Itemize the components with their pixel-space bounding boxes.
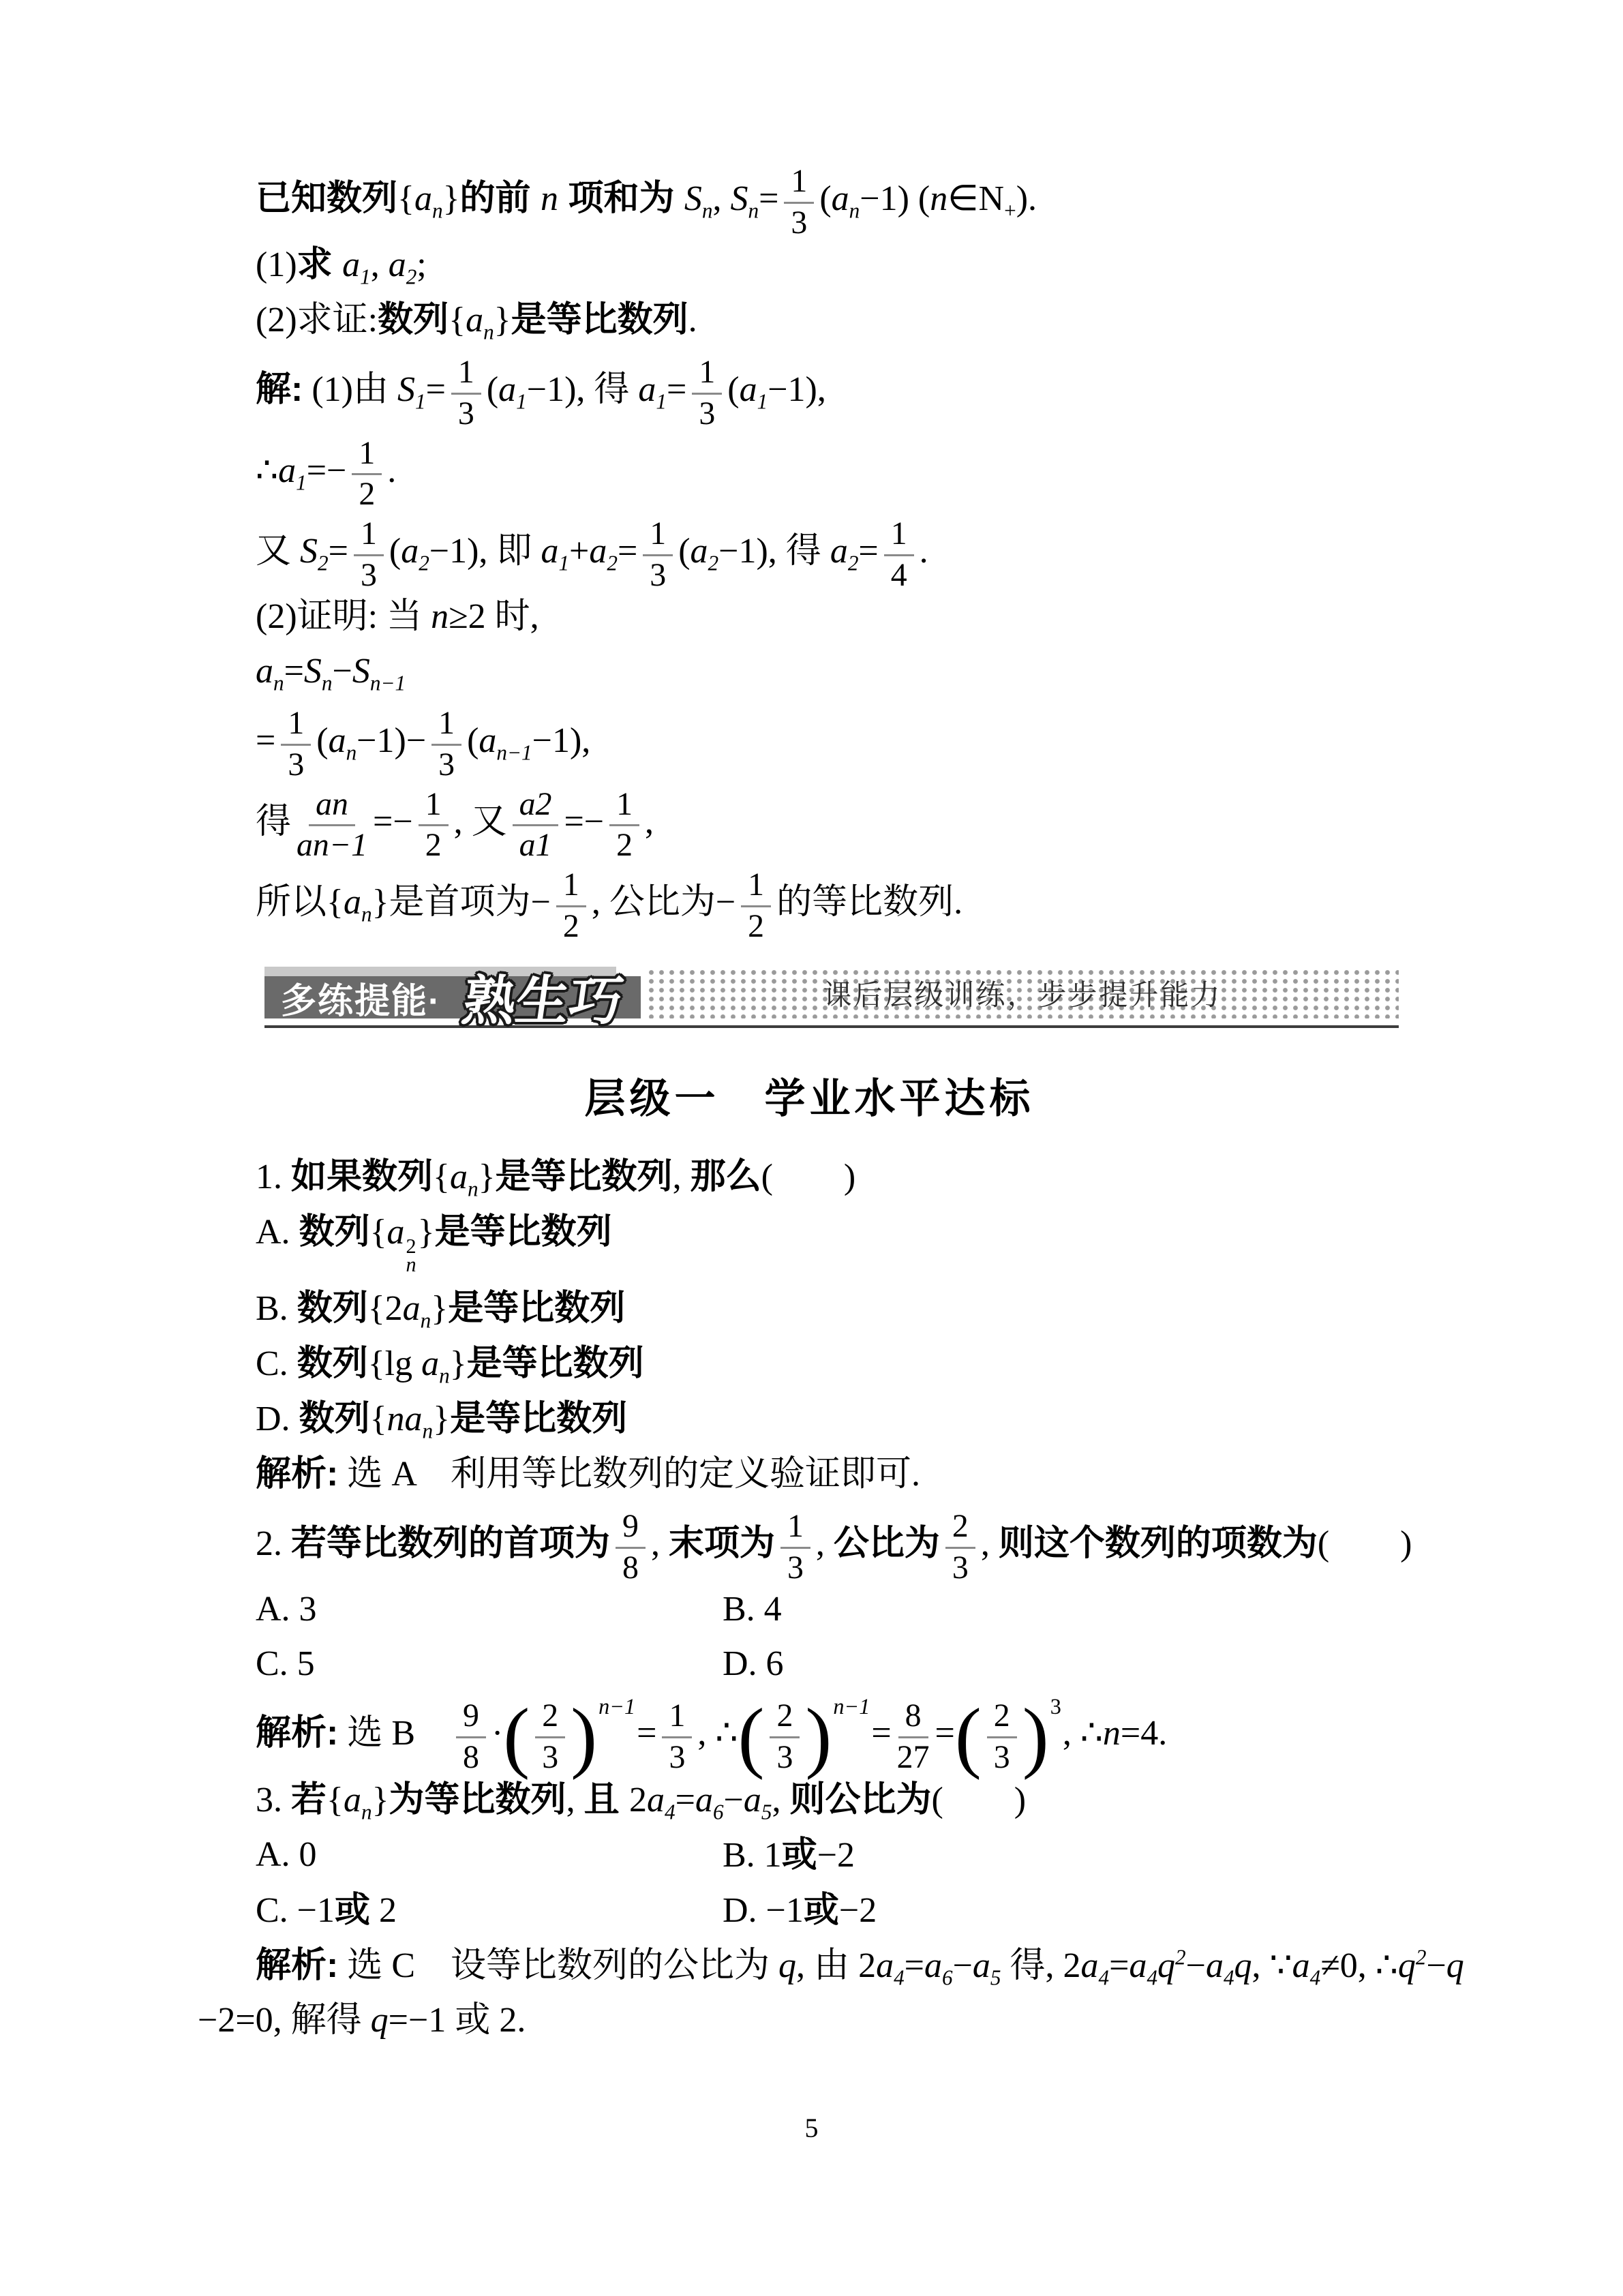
text-run: q	[1234, 1946, 1252, 1985]
text-line: an=Sn−Sn−1	[198, 651, 1421, 692]
text-run: n	[431, 597, 449, 636]
text-run: an	[256, 652, 284, 691]
exercise-section: 1. 如果数列{an}是等比数列, 那么( )A. 数列{a2n}是等比数列B.…	[198, 1156, 1421, 2040]
text-run: S1	[397, 370, 426, 409]
text-run: 是等比数列	[496, 1157, 673, 1196]
subscript: n	[849, 198, 860, 222]
text-run: {	[433, 1158, 450, 1196]
text-run: 所以	[256, 883, 327, 922]
fraction-numerator: 2	[987, 1698, 1017, 1738]
fraction-numerator: 1	[741, 867, 771, 907]
text-run: (	[467, 721, 479, 760]
text-run: 2.	[490, 2001, 526, 2040]
text-run: ,	[645, 802, 654, 841]
text-line: (2)求证:数列{an}是等比数列.	[198, 299, 1421, 341]
text-run: , ∵	[1252, 1946, 1292, 1985]
text-run: {2	[368, 1289, 403, 1328]
text-run: =	[637, 1714, 656, 1753]
text-run: D.	[256, 1400, 299, 1438]
text-line: (1)求 a1, a2;	[198, 244, 1421, 286]
text-line: C. 数列{lg an}是等比数列	[198, 1343, 1421, 1385]
text-run: an	[403, 1289, 431, 1328]
text-run: an	[344, 883, 372, 922]
text-run: a4	[1129, 1946, 1157, 1985]
text-run: 或	[455, 2001, 490, 2040]
text-run: −1)−	[357, 721, 426, 760]
text-run: 即	[496, 532, 541, 571]
text-line: (2)证明: 当 n≥2 时,	[198, 596, 1421, 637]
text-run: 数列	[297, 1344, 368, 1383]
text-run: a2	[830, 532, 859, 571]
text-run: −	[333, 652, 352, 691]
fraction: 12	[419, 787, 449, 863]
text-run: (	[819, 179, 831, 218]
text-run: 如果数列	[291, 1157, 433, 1196]
text-run: ∈N+	[947, 179, 1016, 218]
text-run: nan	[387, 1400, 434, 1438]
text-run: ,	[651, 1524, 669, 1563]
banner-accent-title: 熟生巧	[458, 958, 628, 1035]
fraction-denominator: 2	[563, 907, 579, 944]
subscript: 1	[656, 390, 667, 414]
text-run: −1),	[527, 370, 594, 409]
text-line: −2=0, 解得 q=−1 或 2.	[198, 2000, 1421, 2041]
text-run: 求证:	[297, 301, 378, 339]
fraction-numerator: 1	[352, 436, 382, 476]
text-run: an	[832, 179, 860, 218]
text-line: 所以{an}是首项为−12, 公比为−12的等比数列.	[198, 867, 1421, 943]
section-banner: 多练提能· 熟生巧 课后层级训练，步步提升能力	[264, 967, 1399, 1021]
text-run: −	[716, 883, 735, 922]
banner-dotted-band: 课后层级训练，步步提升能力	[646, 968, 1399, 1018]
text-run: C	[391, 1946, 451, 1985]
text-run: D. −1	[723, 1891, 804, 1930]
text-run: an	[344, 1781, 372, 1819]
text-run: a4	[876, 1946, 905, 1985]
fraction-numerator: 1	[281, 706, 311, 746]
page-number: 5	[0, 2112, 1623, 2144]
text-run: .	[954, 883, 962, 922]
text-run: 若等比数列的首项为	[291, 1524, 610, 1563]
subscript: n−1	[496, 741, 532, 765]
section-title: 层级一 学业水平达标	[198, 1066, 1421, 1125]
text-run: 2	[629, 1781, 647, 1819]
subscript: 1	[558, 551, 569, 575]
text-run: (1)	[303, 370, 353, 409]
text-run: 1.	[256, 1158, 291, 1196]
text-run: ≠0, ∴	[1320, 1946, 1398, 1985]
text-run: {	[449, 301, 466, 339]
text-run: 是等比数列	[450, 1399, 627, 1438]
subscript: n	[322, 671, 333, 695]
text-run: a1	[638, 370, 667, 409]
text-run: 的等比数列	[776, 883, 954, 922]
subscript: 4	[1310, 1965, 1321, 1989]
fraction-denominator: 3	[669, 1738, 685, 1775]
text-run: 数列	[299, 1212, 370, 1252]
text-run: −	[1186, 1946, 1206, 1985]
option-cell: C. 5	[198, 1644, 723, 1685]
fraction-numerator: 1	[643, 516, 673, 556]
superscript: 2	[1175, 1945, 1186, 1969]
text-line: 解析: 选 C 设等比数列的公比为 q, 由 2a4=a6−a5 得, 2a4=…	[198, 1945, 1421, 1987]
fraction: 13	[784, 164, 814, 240]
text-run: (1)	[256, 245, 297, 284]
worksheet-page: 已知数列{an}的前 n 项和为 Sn, Sn=13(an−1) (n∈N+).…	[0, 0, 1623, 2296]
fraction-numerator: a2	[513, 787, 559, 827]
fraction: 13	[451, 354, 481, 431]
text-run: }	[418, 1213, 435, 1252]
fraction-denominator: 3	[952, 1549, 969, 1586]
subscript: n	[406, 1256, 416, 1274]
text-run: ).	[1016, 179, 1037, 218]
text-line: =13(an−1)−13(an−1−1),	[198, 706, 1421, 782]
text-run: A.	[256, 1213, 299, 1252]
fraction-numerator: 2	[945, 1509, 975, 1549]
text-run: ,	[592, 883, 609, 922]
text-run: }	[450, 1344, 467, 1383]
subscript: 1	[757, 390, 768, 414]
page-content: 已知数列{an}的前 n 项和为 Sn, Sn=13(an−1) (n∈N+).…	[198, 164, 1421, 2055]
text-run: ( )	[931, 1781, 1026, 1819]
fraction-denominator: 3	[994, 1738, 1010, 1775]
subscript: 6	[942, 1965, 953, 1989]
text-run: ,	[673, 1158, 691, 1196]
text-run: 选	[338, 1455, 391, 1494]
text-run: =	[667, 370, 686, 409]
fraction: 14	[884, 516, 914, 592]
text-run: D. 6	[723, 1644, 784, 1683]
text-run: −	[1426, 1946, 1446, 1985]
text-run: {	[327, 1781, 344, 1819]
fraction: 12	[352, 436, 382, 512]
text-run: a2	[401, 532, 429, 571]
text-run: S2	[300, 532, 329, 571]
option-row: C. −1或 2D. −1或−2	[198, 1890, 1421, 1931]
text-run: 那么	[691, 1157, 761, 1196]
text-run: ;	[416, 245, 426, 284]
text-run: ,	[772, 1781, 789, 1819]
text-run: −2=0,	[198, 2001, 291, 2040]
subscript: 2	[607, 551, 618, 575]
text-run: an	[466, 301, 494, 339]
text-line: A. 数列{a2n}是等比数列	[198, 1211, 1421, 1274]
text-run: a	[387, 1213, 405, 1252]
text-run: −1),	[718, 532, 786, 571]
option-row: C. 5D. 6	[198, 1644, 1421, 1685]
subscript: 4	[665, 1800, 676, 1824]
text-run: 3.	[256, 1781, 291, 1819]
fraction: 13	[662, 1698, 692, 1774]
solution-section: 已知数列{an}的前 n 项和为 Sn, Sn=13(an−1) (n∈N+).…	[198, 164, 1421, 943]
text-run: 解析:	[256, 1454, 338, 1494]
fraction-denominator: 3	[361, 556, 377, 593]
text-run: 公比为	[609, 883, 716, 922]
fraction-denominator: 4	[891, 556, 907, 593]
fraction-denominator: 3	[458, 395, 474, 432]
text-run: , ∴	[1063, 1714, 1103, 1753]
text-run: 得	[594, 370, 638, 409]
fraction-numerator: 1	[609, 787, 639, 827]
text-run: =−1	[389, 2001, 455, 2040]
fraction: 98	[456, 1698, 486, 1774]
text-run: 设等比数列的公比为	[451, 1946, 778, 1985]
subscript: n	[273, 671, 284, 695]
fraction: 13	[692, 354, 722, 431]
text-run: =	[858, 532, 878, 571]
text-run: a4	[1206, 1946, 1234, 1985]
text-run: −	[531, 883, 551, 922]
text-run: 2.	[256, 1524, 291, 1563]
text-line: D. 数列{nan}是等比数列	[198, 1398, 1421, 1440]
subscript: n	[702, 198, 713, 222]
subscript: 4	[1147, 1965, 1157, 1989]
text-run: .	[387, 451, 396, 490]
text-run: a2	[389, 245, 417, 284]
text-run: q	[778, 1946, 796, 1985]
text-run: 得	[1001, 1946, 1046, 1985]
text-line: ∴a1=−12.	[198, 436, 1421, 512]
text-run: 2	[370, 1891, 397, 1930]
text-run: (	[316, 721, 328, 760]
subscript: 2	[318, 551, 329, 575]
text-run: ,	[566, 1781, 584, 1819]
text-run: ,	[816, 1524, 834, 1563]
subscript: n	[483, 320, 494, 344]
paren-fraction: (23)n−1	[738, 1698, 871, 1774]
fraction-denominator: 3	[650, 556, 666, 593]
subscript: n−1	[370, 671, 406, 695]
fraction-denominator: 2	[616, 826, 633, 863]
option-cell: D. −1或−2	[723, 1890, 1421, 1931]
subscript: n	[468, 1177, 479, 1201]
text-run: q	[371, 2001, 389, 2040]
fraction-numerator: 1	[784, 164, 814, 204]
text-run: a5	[973, 1946, 1001, 1985]
option-cell: B. 4	[723, 1589, 1421, 1630]
text-run: }	[479, 1158, 496, 1196]
fraction-denominator: 3	[699, 395, 715, 432]
text-run: n	[930, 179, 947, 218]
fraction-denominator: 3	[787, 1549, 804, 1586]
subscript: n	[432, 198, 443, 222]
text-run: =	[676, 1781, 695, 1819]
fraction: 13	[780, 1509, 810, 1585]
text-run: ,	[713, 179, 731, 218]
text-run: =	[935, 1714, 955, 1753]
text-run: an	[414, 179, 443, 218]
text-run: an	[450, 1158, 479, 1196]
text-run: B. 1	[723, 1836, 782, 1875]
text-run: a1	[541, 532, 569, 571]
text-run: B. 4	[723, 1590, 782, 1629]
text-run: Sn	[304, 652, 333, 691]
subscript: 4	[1099, 1965, 1110, 1989]
text-run: a4	[647, 1781, 676, 1819]
text-run: 解得	[291, 2001, 371, 2040]
text-run: −2	[839, 1891, 877, 1930]
text-run: 是等比数列	[467, 1344, 644, 1383]
subscript: 2	[848, 551, 859, 575]
fraction: 13	[431, 706, 461, 782]
fraction-denominator: 3	[542, 1738, 558, 1775]
fraction: 23	[987, 1698, 1017, 1774]
option-row: A. 3B. 4	[198, 1589, 1421, 1630]
text-run: =	[618, 532, 637, 571]
text-run: (	[487, 370, 498, 409]
subscript: 4	[1224, 1965, 1234, 1989]
text-run: an	[421, 1344, 450, 1383]
text-run: =	[1109, 1946, 1129, 1985]
text-run: 利用等比数列的定义验证即可	[451, 1455, 911, 1494]
text-run: a6	[924, 1946, 953, 1985]
text-run: −1),	[532, 721, 591, 760]
fraction: 23	[535, 1698, 565, 1774]
text-line: 解析: 选 A 利用等比数列的定义验证即可.	[198, 1453, 1421, 1495]
subscript: 1	[360, 265, 371, 289]
fraction: 12	[741, 867, 771, 943]
text-run: an−1	[479, 721, 532, 760]
fraction: anan−1	[297, 787, 367, 863]
text-run: an	[329, 721, 357, 760]
text-run: a1	[278, 451, 307, 490]
fraction-denominator: 2	[359, 475, 375, 512]
text-run: −1) (	[860, 179, 930, 218]
text-run: 由	[814, 1946, 858, 1985]
text-run: n	[1103, 1714, 1121, 1753]
fraction-numerator: 1	[431, 706, 461, 746]
text-run: 则公比为	[789, 1780, 931, 1819]
fraction-numerator: 1	[451, 354, 481, 395]
text-run: a1	[342, 245, 371, 284]
text-run: {	[327, 883, 344, 922]
subscript: 5	[990, 1965, 1001, 1989]
fraction-denominator: 8	[622, 1549, 639, 1586]
text-run: .	[920, 532, 928, 571]
text-run: =4.	[1121, 1714, 1167, 1753]
text-run: =−	[564, 802, 604, 841]
text-run: 则这个数列的项数为	[999, 1524, 1318, 1563]
option-cell: B. 1或−2	[723, 1834, 1421, 1876]
text-line: 又 S2=13(a2−1), 即 a1+a2=13(a2−1), 得 a2=14…	[198, 516, 1421, 592]
text-run: {	[370, 1213, 387, 1252]
text-run: 得	[256, 802, 291, 841]
fraction-numerator: 1	[419, 787, 449, 827]
text-run: q2	[1398, 1946, 1427, 1985]
fraction-numerator: 2	[770, 1698, 800, 1738]
text-run: 数列	[299, 1399, 370, 1438]
text-run: a6	[695, 1781, 724, 1819]
fraction-numerator: 1	[884, 516, 914, 556]
text-run: .	[911, 1455, 920, 1494]
text-run: 公比为	[834, 1524, 940, 1563]
option-cell: A. 3	[198, 1589, 723, 1630]
fraction: a2a1	[513, 787, 559, 863]
subscript: 6	[713, 1800, 724, 1824]
text-run: }	[372, 883, 389, 922]
text-run: 数列	[297, 1288, 368, 1328]
subscript: 1	[415, 390, 426, 414]
text-run: 证明: 当	[297, 597, 431, 636]
subscript: 4	[894, 1965, 905, 1989]
fraction: 13	[354, 516, 384, 592]
text-run: (2)	[256, 597, 297, 636]
subscript: 2	[419, 551, 429, 575]
text-run: A. 3	[256, 1590, 317, 1629]
fraction-numerator: 9	[456, 1698, 486, 1738]
text-run: 2	[858, 1946, 876, 1985]
text-run: C. −1	[256, 1891, 335, 1930]
fraction: 12	[609, 787, 639, 863]
subscript: n	[748, 198, 759, 222]
text-run: 或	[804, 1890, 839, 1930]
subscript: n	[423, 1419, 434, 1442]
option-cell: C. −1或 2	[198, 1890, 723, 1931]
text-run: =	[905, 1946, 924, 1985]
text-run: =−	[373, 802, 413, 841]
paren-fraction: (23)n−1	[503, 1698, 637, 1774]
text-run: a1	[740, 370, 768, 409]
text-run: ,	[371, 245, 389, 284]
text-run: −1),	[429, 532, 497, 571]
text-run: 求	[297, 245, 342, 284]
fraction: 13	[643, 516, 673, 592]
text-run: 是等比数列	[511, 300, 688, 339]
fraction-numerator: 1	[354, 516, 384, 556]
text-run: A	[391, 1455, 451, 1494]
text-run: =	[426, 370, 446, 409]
text-run: }	[443, 179, 460, 218]
text-run: B.	[256, 1289, 297, 1328]
text-line: B. 数列{2an}是等比数列	[198, 1288, 1421, 1329]
text-run: Sn−1	[352, 652, 406, 691]
text-run: =	[759, 179, 778, 218]
text-run: }	[433, 1400, 450, 1438]
text-run: ( )	[1318, 1524, 1412, 1563]
text-run: 又	[256, 532, 300, 571]
banner-subtitle: 课后层级训练，步步提升能力	[823, 973, 1222, 1014]
fraction: 13	[281, 706, 311, 782]
superscript: 2	[1416, 1945, 1427, 1969]
fraction-denominator: 27	[897, 1738, 930, 1775]
text-run: B	[391, 1714, 451, 1753]
text-run: a5	[744, 1781, 772, 1819]
text-run: 若	[291, 1780, 327, 1819]
banner-title: 多练提能·	[264, 972, 441, 1023]
text-run: C. 5	[256, 1644, 315, 1683]
text-run: 已知数列	[256, 179, 397, 218]
text-run: (	[727, 370, 739, 409]
text-run: ,	[796, 1946, 814, 1985]
text-run: a4	[1292, 1946, 1321, 1985]
option-cell: A. 0	[198, 1834, 723, 1876]
fraction-denominator: 3	[791, 204, 807, 241]
subscript: 1	[516, 390, 527, 414]
fraction: 23	[770, 1698, 800, 1774]
fraction-numerator: 2	[535, 1698, 565, 1738]
text-run: −2	[817, 1836, 855, 1875]
subscript: n	[421, 1308, 431, 1332]
text-line: 已知数列{an}的前 n 项和为 Sn, Sn=13(an−1) (n∈N+).	[198, 164, 1421, 240]
fraction-numerator: 1	[780, 1509, 810, 1549]
fraction: 98	[616, 1509, 646, 1585]
text-run: , 2	[1046, 1946, 1081, 1985]
text-run: .	[688, 301, 697, 339]
text-run: Sn	[731, 179, 759, 218]
fraction-numerator: 8	[898, 1698, 928, 1738]
text-run: 选	[338, 1714, 391, 1753]
text-run: =	[871, 1714, 891, 1753]
